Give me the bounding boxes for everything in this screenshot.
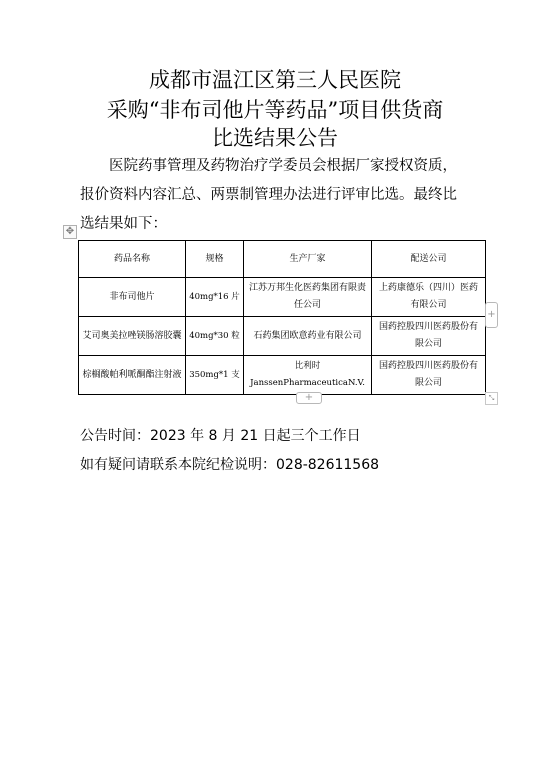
cell-spec: 40mg*16 片	[186, 278, 244, 317]
title-line-1: 成都市温江区第三人民医院	[0, 66, 550, 94]
cell-spec: 350mg*1 支	[186, 356, 244, 395]
cell-manufacturer: 江苏万邦生化医药集团有限责任公司	[244, 278, 372, 317]
title-line-3: 比选结果公告	[0, 124, 550, 152]
table-row: 棕榈酸帕利哌酮酯注射液 350mg*1 支 比利时 JanssenPharmac…	[79, 356, 486, 395]
cell-manufacturer: 比利时 JanssenPharmaceuticaN.V.	[244, 356, 372, 395]
add-row-plus-icon[interactable]: +	[296, 392, 322, 404]
header-distributor: 配送公司	[372, 241, 486, 278]
table-header-row: 药品名称 规格 生产厂家 配送公司	[79, 241, 486, 278]
intro-paragraph: 医院药事管理及药物治疗学委员会根据厂家授权资质， 报价资料内容汇总、两票制管理办…	[80, 152, 480, 239]
cell-manufacturer: 石药集团欧意药业有限公司	[244, 317, 372, 356]
header-spec: 规格	[186, 241, 244, 278]
table-resize-icon[interactable]: ⤡	[485, 392, 498, 405]
table-row: 艾司奥美拉唑镁肠溶胶囊 40mg*30 粒 石药集团欧意药业有限公司 国药控股四…	[79, 317, 486, 356]
contact-info: 如有疑问请联系本院纪检说明：028-82611568	[80, 454, 379, 476]
cell-spec: 40mg*30 粒	[186, 317, 244, 356]
add-column-plus-icon[interactable]: +	[485, 302, 498, 328]
notice-time: 公告时间：2023 年 8 月 21 日起三个工作日	[80, 425, 361, 447]
table-move-handle-icon[interactable]: ✥	[63, 225, 77, 239]
title-line-2: 采购“非布司他片等药品”项目供货商	[0, 96, 550, 124]
cell-distributor: 国药控股四川医药股份有限公司	[372, 317, 486, 356]
header-drug-name: 药品名称	[79, 241, 186, 278]
cell-distributor: 上药康德乐（四川）医药有限公司	[372, 278, 486, 317]
cell-drug-name: 棕榈酸帕利哌酮酯注射液	[79, 356, 186, 395]
table-row: 非布司他片 40mg*16 片 江苏万邦生化医药集团有限责任公司 上药康德乐（四…	[79, 278, 486, 317]
results-table: 药品名称 规格 生产厂家 配送公司 非布司他片 40mg*16 片 江苏万邦生化…	[78, 240, 486, 395]
cell-drug-name: 艾司奥美拉唑镁肠溶胶囊	[79, 317, 186, 356]
intro-line-1: 医院药事管理及药物治疗学委员会根据厂家授权资质，	[80, 152, 480, 181]
cell-drug-name: 非布司他片	[79, 278, 186, 317]
intro-line-3: 选结果如下：	[80, 210, 480, 239]
intro-line-2: 报价资料内容汇总、两票制管理办法进行评审比选。最终比	[80, 181, 480, 210]
cell-distributor: 国药控股四川医药股份有限公司	[372, 356, 486, 395]
header-manufacturer: 生产厂家	[244, 241, 372, 278]
